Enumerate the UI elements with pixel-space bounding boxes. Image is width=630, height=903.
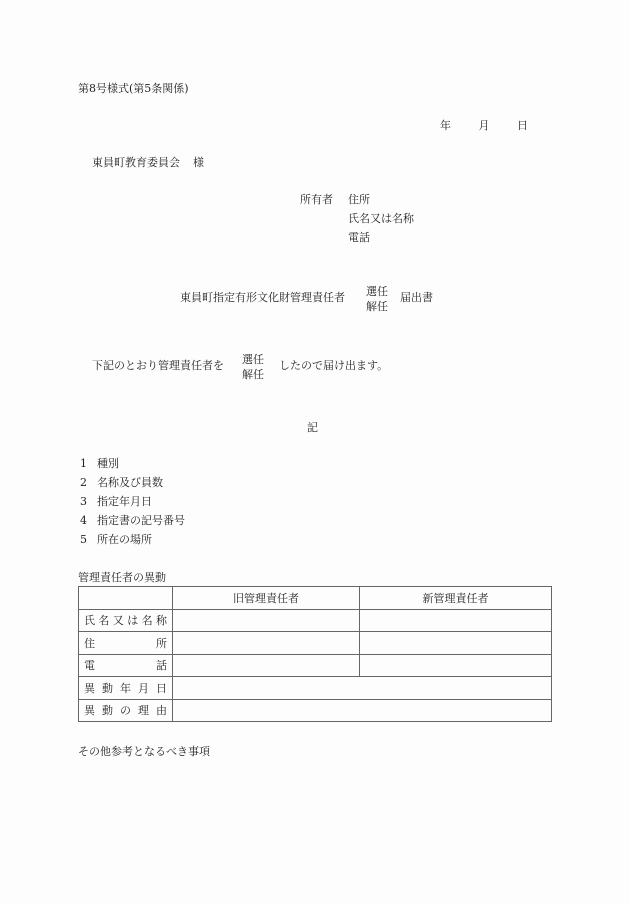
header-blank xyxy=(79,587,173,610)
item-number: 1 xyxy=(80,458,97,477)
change-date-cell[interactable] xyxy=(173,677,552,700)
manager-transfer-table: 旧管理責任者 新管理責任者 氏名又は名称 住所 電話 異動年月日 異動の理由 xyxy=(78,586,552,722)
row-label-change-reason: 異動の理由 xyxy=(79,699,173,722)
list-item: 5 所在の場所 xyxy=(80,534,185,553)
item-label: 名称及び員数 xyxy=(97,477,163,496)
date-year-label: 年 xyxy=(440,120,451,131)
list-item: 1 種別 xyxy=(80,458,185,477)
owner-phone-label: 電話 xyxy=(348,232,370,243)
new-manager-address-cell[interactable] xyxy=(360,632,552,655)
date-line: 年 月 日 xyxy=(440,120,528,131)
title-option-appoint: 選任 xyxy=(366,285,388,300)
old-manager-name-cell[interactable] xyxy=(173,609,360,632)
new-manager-phone-cell[interactable] xyxy=(360,654,552,677)
body-option-appoint: 選任 xyxy=(242,353,264,368)
table-caption: 管理責任者の異動 xyxy=(78,572,166,583)
list-item: 4 指定書の記号番号 xyxy=(80,515,185,534)
title-option-dismiss: 解任 xyxy=(366,300,388,315)
body-option-stack: 選任 解任 xyxy=(242,353,264,383)
body-text-post: したので届け出ます。 xyxy=(279,360,388,371)
old-manager-phone-cell[interactable] xyxy=(173,654,360,677)
table-row: 異動の理由 xyxy=(79,699,552,722)
old-manager-address-cell[interactable] xyxy=(173,632,360,655)
item-label: 指定年月日 xyxy=(97,496,152,515)
item-number: 4 xyxy=(80,515,97,534)
table-header-row: 旧管理責任者 新管理責任者 xyxy=(79,587,552,610)
addressee-honorific: 様 xyxy=(193,156,204,169)
item-number: 2 xyxy=(80,477,97,496)
new-manager-name-cell[interactable] xyxy=(360,609,552,632)
body-text-pre: 下記のとおり管理責任者を xyxy=(92,360,224,371)
item-number: 5 xyxy=(80,534,97,553)
item-list: 1 種別 2 名称及び員数 3 指定年月日 4 指定書の記号番号 5 所在の場所 xyxy=(80,458,185,553)
table-row: 電話 xyxy=(79,654,552,677)
form-number: 第8号様式(第5条関係) xyxy=(78,83,189,94)
other-matters-label: その他参考となるべき事項 xyxy=(78,746,210,757)
row-label-name: 氏名又は名称 xyxy=(79,609,173,632)
list-item: 3 指定年月日 xyxy=(80,496,185,515)
addressee: 東員町教育委員会様 xyxy=(92,157,204,168)
row-label-phone: 電話 xyxy=(79,654,173,677)
item-number: 3 xyxy=(80,496,97,515)
header-old-manager: 旧管理責任者 xyxy=(173,587,360,610)
item-label: 種別 xyxy=(97,458,119,477)
row-label-change-date: 異動年月日 xyxy=(79,677,173,700)
item-label: 指定書の記号番号 xyxy=(97,515,185,534)
title-suffix: 届出書 xyxy=(400,292,433,303)
document-title: 東員町指定有形文化財管理責任者 xyxy=(180,292,345,303)
table-row: 氏名又は名称 xyxy=(79,609,552,632)
owner-label: 所有者 xyxy=(300,194,333,205)
title-option-stack: 選任 解任 xyxy=(366,285,388,315)
ki-heading: 記 xyxy=(307,422,318,433)
date-day-label: 日 xyxy=(517,120,528,131)
table-row: 住所 xyxy=(79,632,552,655)
owner-address-label: 住所 xyxy=(348,194,370,205)
item-label: 所在の場所 xyxy=(97,534,152,553)
header-new-manager: 新管理責任者 xyxy=(360,587,552,610)
owner-name-label: 氏名又は名称 xyxy=(348,213,414,224)
date-month-label: 月 xyxy=(479,120,490,131)
list-item: 2 名称及び員数 xyxy=(80,477,185,496)
table-row: 異動年月日 xyxy=(79,677,552,700)
body-option-dismiss: 解任 xyxy=(242,368,264,383)
change-reason-cell[interactable] xyxy=(173,699,552,722)
row-label-address: 住所 xyxy=(79,632,173,655)
addressee-name: 東員町教育委員会 xyxy=(92,156,180,169)
